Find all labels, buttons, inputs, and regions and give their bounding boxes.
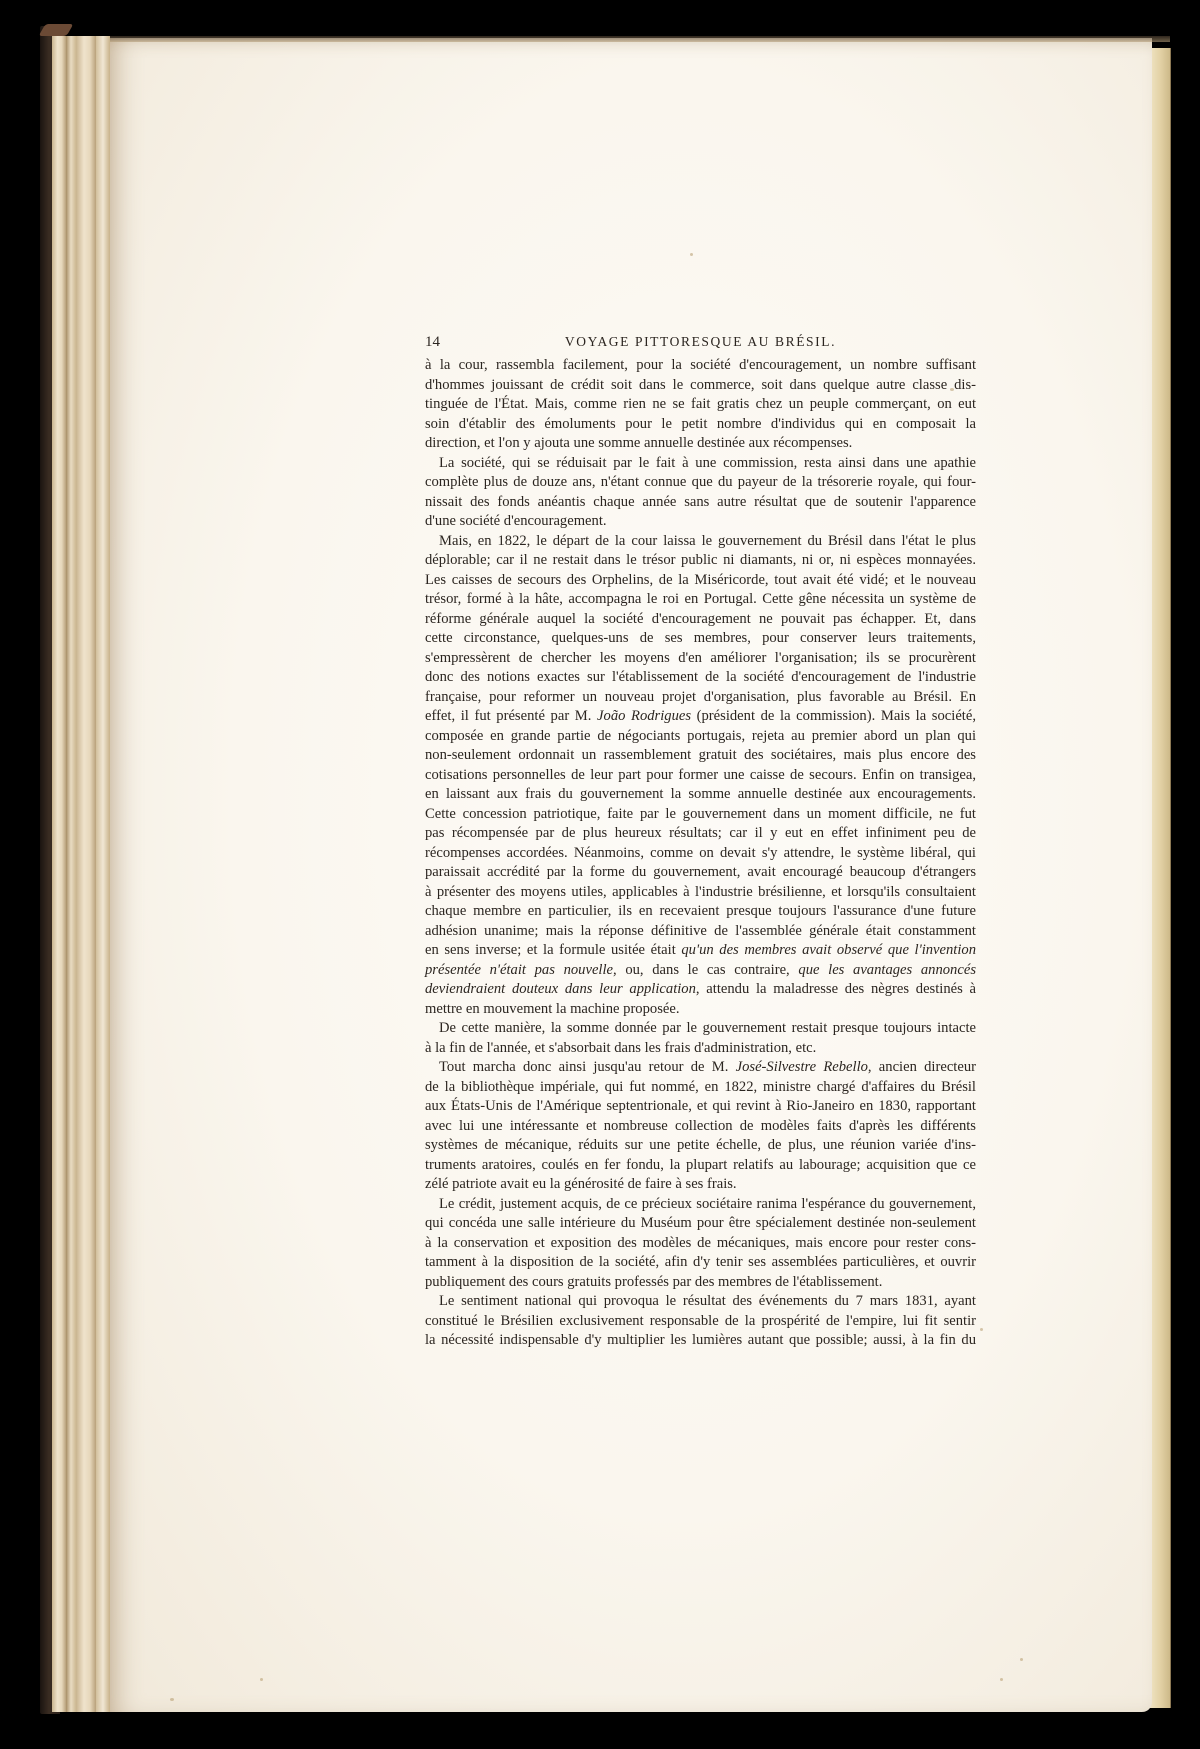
text-line: truments aratoires, coulés en fer fondu,…	[425, 1156, 976, 1176]
italic-phrase: José-Silvestre Rebello	[736, 1059, 868, 1075]
text-line: zélé patriote avait eu la générosité de …	[425, 1175, 976, 1195]
text-line: De cette manière, la somme donnée par le…	[425, 1019, 976, 1039]
foxing-spot	[1020, 1658, 1023, 1661]
text-line: mettre en mouvement la machine proposée.	[425, 1000, 976, 1020]
text-line: pas récompensée par de plus heureux résu…	[425, 824, 976, 844]
text-line: s'empressèrent de chercher les moyens d'…	[425, 649, 976, 669]
page-fore-edge	[1150, 48, 1171, 1708]
foxing-spot	[1000, 1678, 1003, 1681]
italic-phrase: qu'un des membres avait observé que l'in…	[681, 942, 976, 958]
text-line: trésor, formé à la hâte, accompagna le r…	[425, 590, 976, 610]
italic-phrase: présentée n'était pas nouvelle	[425, 962, 613, 978]
running-title: VOYAGE PITTORESQUE AU BRÉSIL.	[425, 334, 976, 350]
text-line: en sens inverse; et la formule usitée ét…	[425, 941, 976, 961]
text-line: deviendraient douteux dans leur applicat…	[425, 980, 976, 1000]
foxing-spot	[980, 1328, 983, 1331]
text-line: tamment à la disposition de la société, …	[425, 1253, 976, 1273]
text-line: la nécessité indispensable d'y multiplie…	[425, 1331, 976, 1351]
text-line: Les caisses de secours des Orphelins, de…	[425, 571, 976, 591]
text-line: constitué le Brésilien exclusivement res…	[425, 1312, 976, 1332]
text-line: réforme générale auquel la société d'enc…	[425, 610, 976, 630]
text-line: Tout marcha donc ainsi jusqu'au retour d…	[425, 1058, 976, 1078]
text-line: Cette concession patriotique, faite par …	[425, 805, 976, 825]
text-line: La société, qui se réduisait par le fait…	[425, 454, 976, 474]
text-line: non-seulement ordonnait un rassemblement…	[425, 746, 976, 766]
page-stack-edge	[52, 36, 66, 1712]
foxing-spot	[690, 253, 693, 256]
italic-phrase: João Rodrigues	[597, 708, 691, 724]
text-line: complète plus de douze ans, n'étant conn…	[425, 473, 976, 493]
page-stack-edge	[96, 36, 110, 1712]
text-line: systèmes de mécanique, réduits sur une p…	[425, 1136, 976, 1156]
text-line: adhésion unanime; mais la réponse défini…	[425, 922, 976, 942]
text-line: récompenses accordées. Néanmoins, comme …	[425, 844, 976, 864]
text-line: tinguée de l'État. Mais, comme rien ne s…	[425, 395, 976, 415]
text-line: soin d'établir des émoluments pour le pe…	[425, 415, 976, 435]
italic-phrase: que les avantages annoncés	[798, 962, 976, 978]
text-line: paraissait accrédité par la forme du gou…	[425, 863, 976, 883]
text-line: direction, et l'on y ajouta une somme an…	[425, 434, 976, 454]
text-line: en laissant aux frais du gouvernement la…	[425, 785, 976, 805]
page-text-block: 14 VOYAGE PITTORESQUE AU BRÉSIL. à la co…	[425, 334, 976, 1351]
text-line: à présenter des moyens utiles, applicabl…	[425, 883, 976, 903]
text-line: Le sentiment national qui provoqua le ré…	[425, 1292, 976, 1312]
text-line: nissait des fonds anéantis chaque année …	[425, 493, 976, 513]
text-line: composée en grande partie de négociants …	[425, 727, 976, 747]
running-head: 14 VOYAGE PITTORESQUE AU BRÉSIL.	[425, 334, 976, 356]
text-line: de la bibliothèque impériale, qui fut no…	[425, 1078, 976, 1098]
text-line: Mais, en 1822, le départ de la cour lais…	[425, 532, 976, 552]
foxing-spot	[170, 1698, 174, 1701]
text-line: présentée n'était pas nouvelle, ou, dans…	[425, 961, 976, 981]
text-line: publiquement des cours gratuits professé…	[425, 1273, 976, 1293]
text-line: aux États-Unis de l'Amérique septentrion…	[425, 1097, 976, 1117]
text-line: d'une société d'encouragement.	[425, 512, 976, 532]
text-line: à la fin de l'année, et s'absorbait dans…	[425, 1039, 976, 1059]
text-line: qui concéda une salle intérieure du Musé…	[425, 1214, 976, 1234]
text-line: cette circonstance, quelques-uns de ses …	[425, 629, 976, 649]
text-line: donc des notions exactes sur l'établisse…	[425, 668, 976, 688]
book-cover-corner	[39, 24, 74, 36]
text-line: d'hommes jouissant de crédit soit dans l…	[425, 376, 976, 396]
page-stack-edge	[66, 36, 76, 1712]
page-stack-edge	[76, 36, 96, 1712]
text-line: chaque membre en particulier, ils en rec…	[425, 902, 976, 922]
text-line: déplorable; car il ne restait dans le tr…	[425, 551, 976, 571]
text-line: avec lui une intéressante et nombreuse c…	[425, 1117, 976, 1137]
text-line: à la conservation et exposition des modè…	[425, 1234, 976, 1254]
italic-phrase: deviendraient douteux dans leur applicat…	[425, 981, 696, 997]
text-line: cotisations personnelles de leur part po…	[425, 766, 976, 786]
text-line: à la cour, rassembla facilement, pour la…	[425, 356, 976, 376]
body-text: à la cour, rassembla facilement, pour la…	[425, 356, 976, 1351]
page-top-edge	[110, 36, 1170, 42]
text-line: Le crédit, justement acquis, de ce préci…	[425, 1195, 976, 1215]
foxing-spot	[260, 1678, 263, 1681]
text-line: effet, il fut présenté par M. João Rodri…	[425, 707, 976, 727]
text-line: française, pour reformer un nouveau proj…	[425, 688, 976, 708]
